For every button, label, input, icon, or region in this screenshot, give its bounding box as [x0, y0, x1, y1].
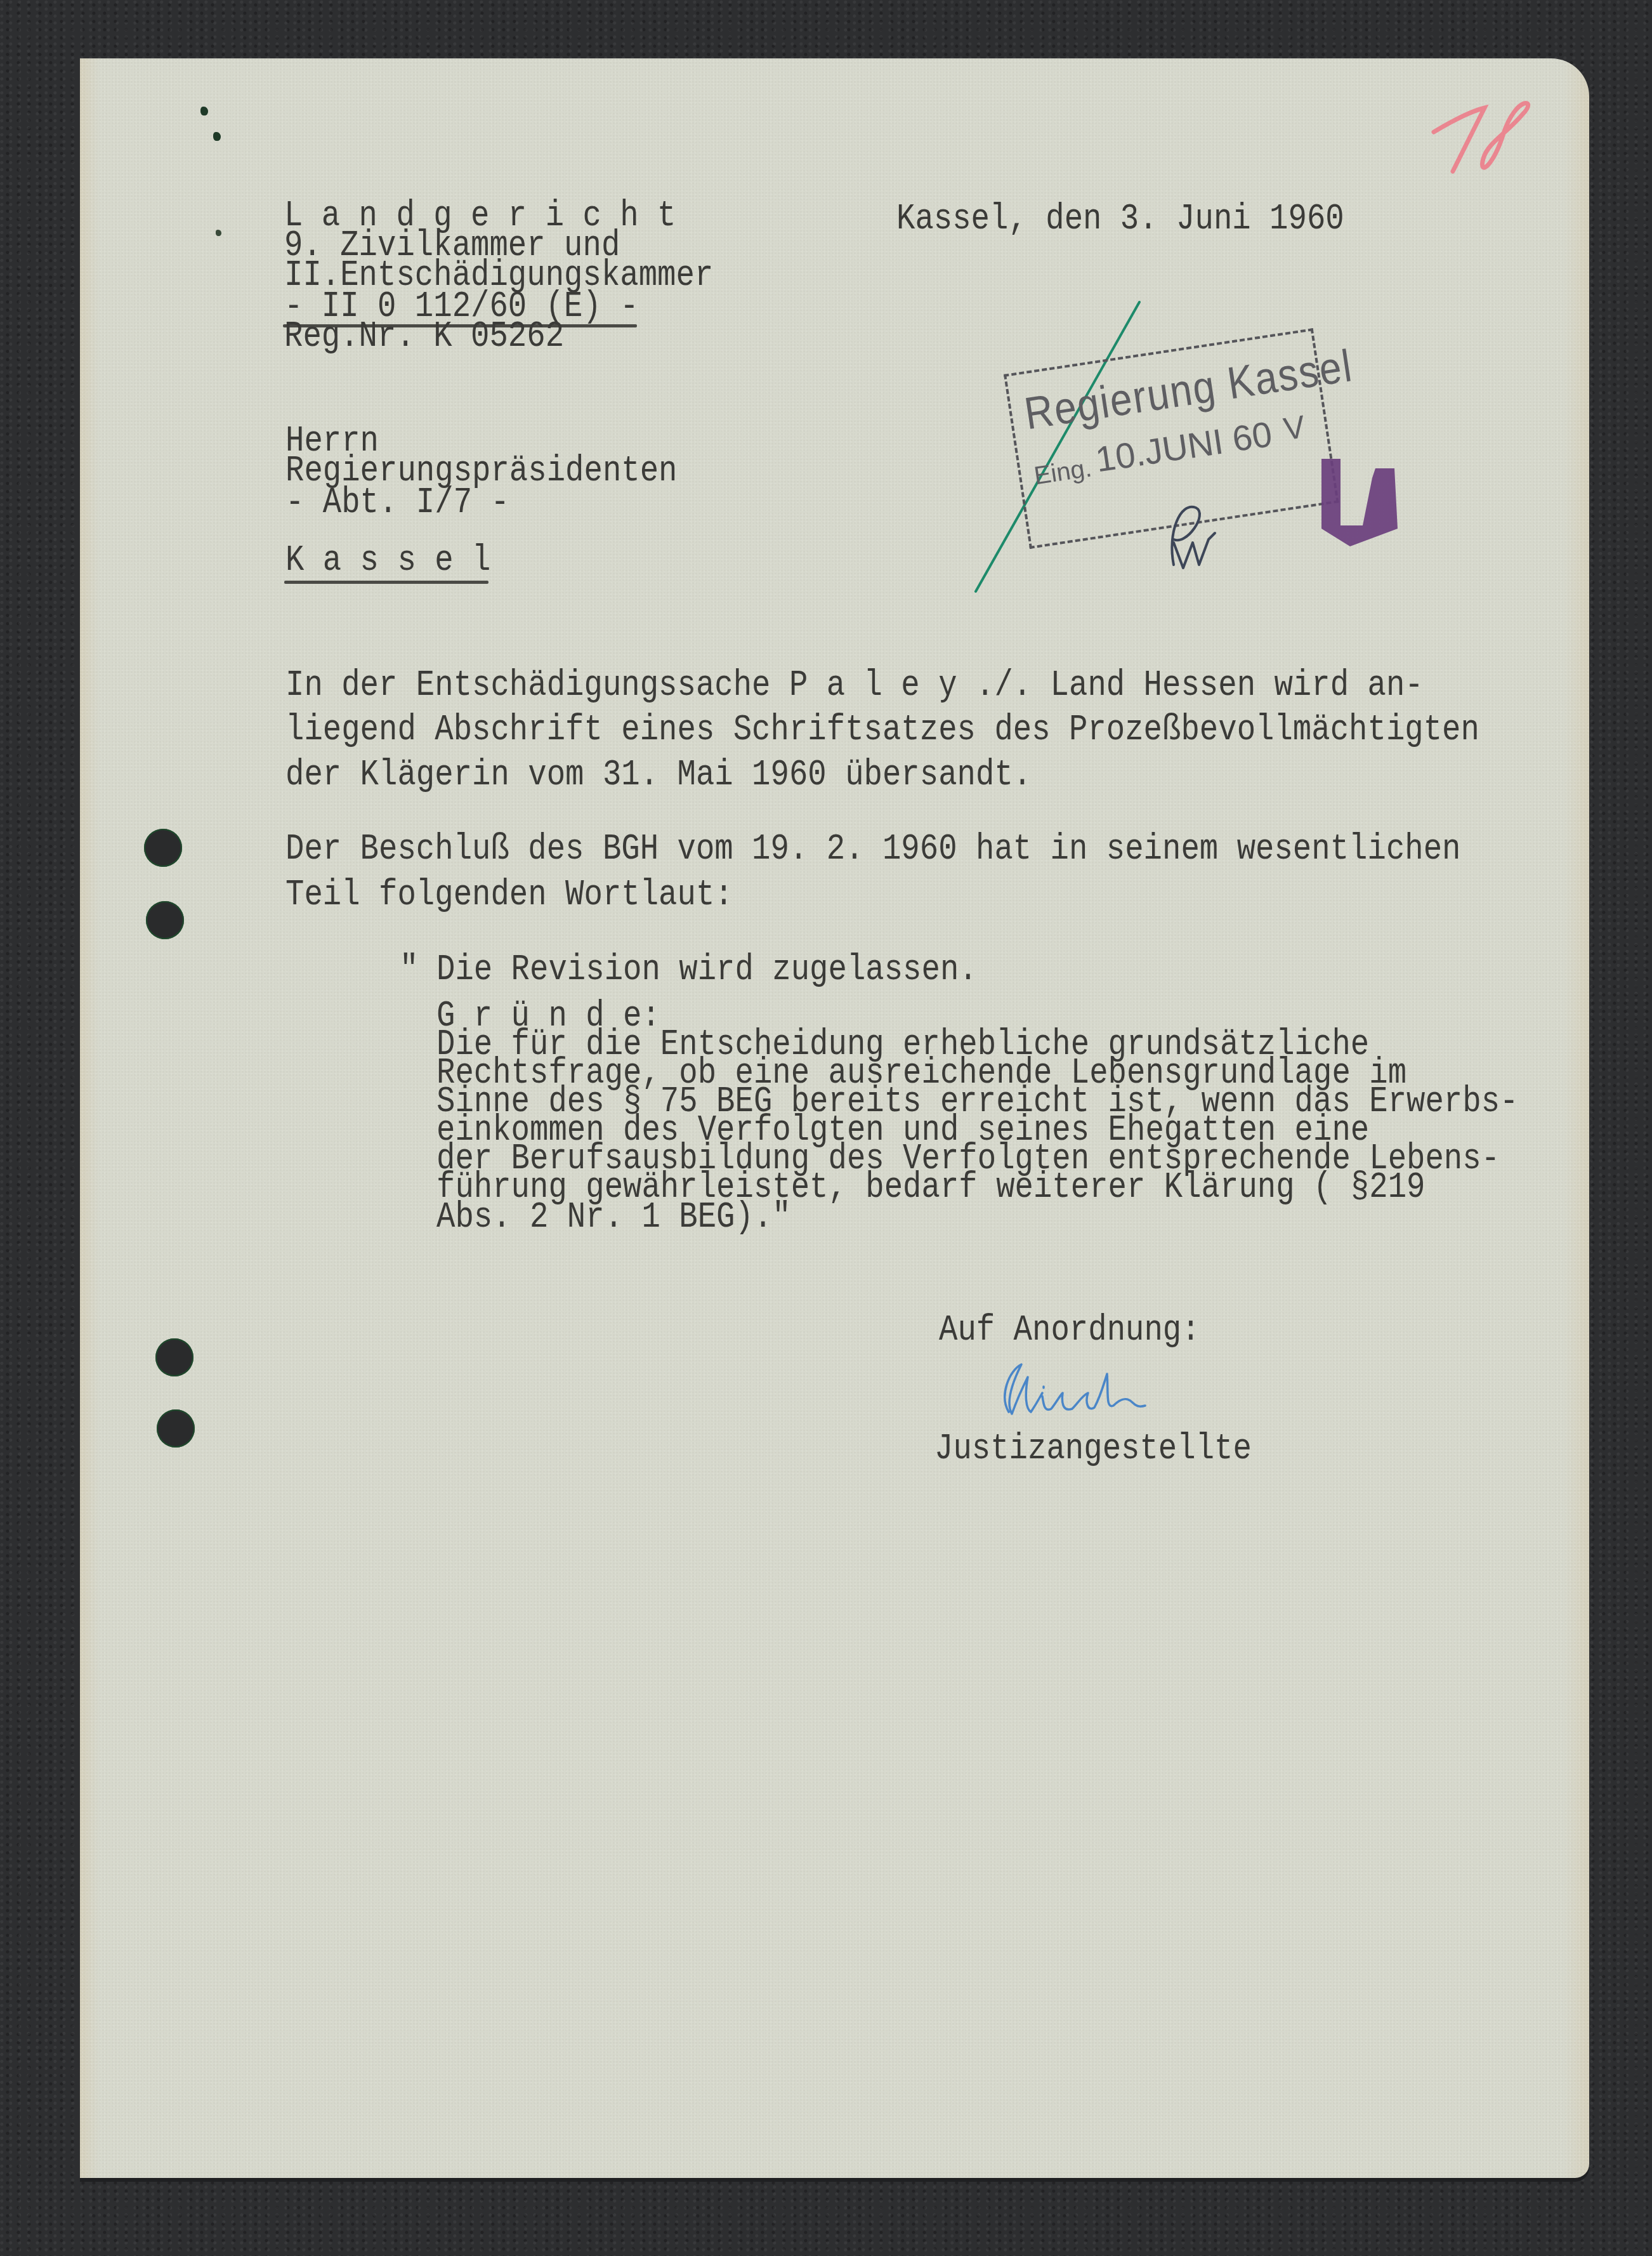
handwritten-signature: Wirsch	[993, 1358, 1151, 1422]
punch-hole	[155, 1338, 193, 1376]
staple-puncture	[200, 107, 208, 115]
punch-hole	[146, 901, 184, 939]
purple-ink-mark	[1315, 452, 1402, 548]
recipient-city: K a s s e l	[285, 542, 490, 579]
staple-puncture	[216, 230, 221, 236]
recipient-city-underline	[284, 581, 488, 584]
quote-first-line: Die Revision wird zugelassen.	[436, 951, 978, 988]
body-paragraph-2-line: Der Beschluß des BGH vom 19. 2. 1960 hat…	[285, 831, 1461, 867]
body-paragraph-1-line: der Klägerin vom 31. Mai 1960 übersandt.	[285, 756, 1032, 793]
punch-hole	[144, 829, 182, 867]
quote-line: Abs. 2 Nr. 1 BEG)."	[436, 1199, 791, 1236]
place-date: Kassel, den 3. Juni 1960	[896, 201, 1344, 237]
stamp-prefix: Eing.	[1032, 454, 1094, 491]
recipient-department: - Abt. I/7 -	[285, 484, 509, 521]
stamp-suffix: V	[1281, 408, 1308, 447]
body-paragraph-1-line: liegend Abschrift eines Schriftsatzes de…	[285, 711, 1479, 748]
closing-authority: Auf Anordnung:	[939, 1312, 1200, 1349]
staple-puncture	[213, 132, 221, 141]
body-paragraph-2-line: Teil folgenden Wortlaut:	[285, 876, 733, 913]
quote-open-mark: "	[400, 951, 418, 988]
register-number: Reg.Nr. K 05262	[284, 318, 564, 355]
stamp-initials-signature	[1155, 495, 1250, 577]
closing-role: Justizangestellte	[934, 1430, 1252, 1467]
punch-hole	[157, 1409, 195, 1448]
body-paragraph-1-line: In der Entschädigungssache P a l e y ./.…	[285, 667, 1424, 704]
page-number-annotation: 18	[1427, 95, 1542, 184]
